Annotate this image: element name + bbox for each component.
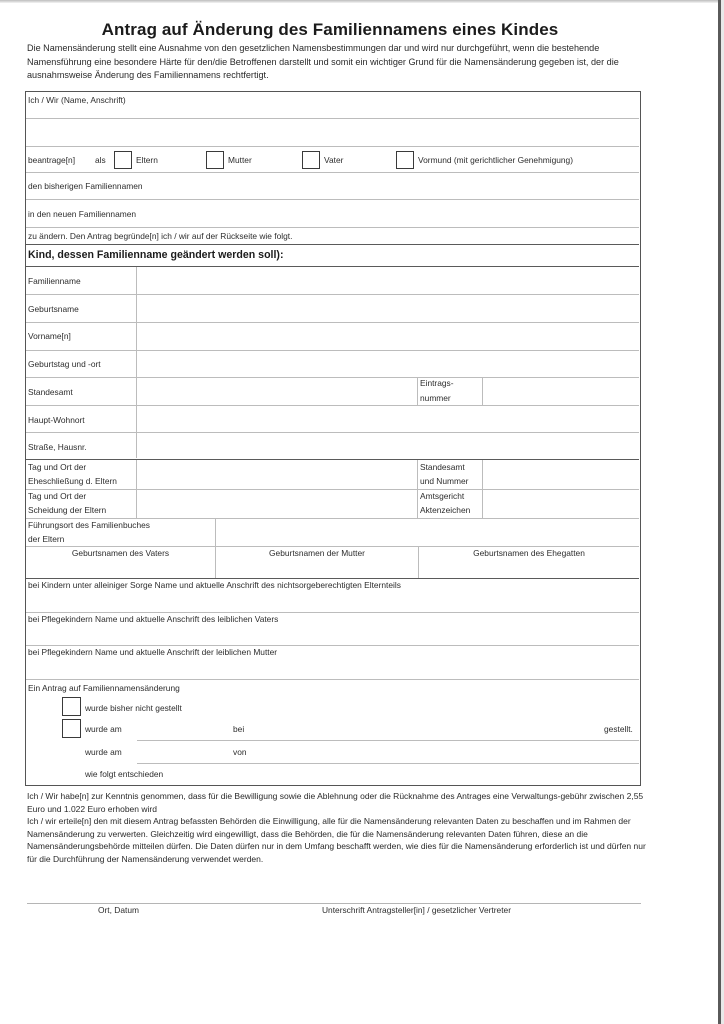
court-label-1: Amtsgericht [420,489,464,503]
row-divider [26,294,639,295]
role-checkbox-vormund[interactable] [396,151,414,169]
signature-input[interactable] [290,884,639,902]
biological-mother-input[interactable] [28,660,640,678]
child-first-names-label: Vorname[n] [28,329,71,343]
family-book-input[interactable] [218,521,639,545]
row-divider [26,489,639,490]
decided-by-input[interactable] [255,744,639,761]
scan-edge-top [0,0,724,3]
reason-note: zu ändern. Den Antrag begründe[n] ich / … [28,229,292,243]
current-name-input[interactable] [190,176,639,198]
child-birth-date-place-input[interactable] [139,354,639,376]
non-custodial-parent-label: bei Kindern unter alleiniger Sorge Name … [28,578,401,592]
marriage-label-1: Tag und Ort der [28,460,86,474]
row-divider [26,350,639,351]
family-book-label-2: der Eltern [28,532,64,546]
main-residence-label: Haupt-Wohnort [28,413,85,427]
street-label: Straße, Hausnr. [28,440,87,454]
role-label-vormund: Vormund (mit gerichtlicher Genehmigung) [418,153,573,167]
filed-date-input[interactable] [138,721,232,738]
street-input[interactable] [139,436,639,458]
child-family-name-label: Familienname [28,274,81,288]
row-divider [26,432,639,433]
biological-mother-label: bei Pflegekindern Name und aktuelle Ansc… [28,645,277,659]
new-name-label: in den neuen Familiennamen [28,207,136,221]
row-divider [26,377,639,378]
entry-number-input[interactable] [485,381,639,403]
not-filed-label: wurde bisher nicht gestellt [85,701,182,715]
decided-suffix: wie folgt entschieden [85,767,163,781]
row-divider [26,405,639,406]
current-name-label: den bisherigen Familiennamen [28,179,143,193]
role-label-mutter: Mutter [228,153,252,167]
role-checkbox-eltern[interactable] [114,151,132,169]
row-divider [26,118,639,119]
family-book-label-1: Führungsort des Familienbuches [28,518,150,532]
child-birth-name-label: Geburtsname [28,302,79,316]
entry-number-divider-right [482,378,483,405]
section-divider [26,244,639,245]
marriage-label-2: Eheschließung d. Eltern [28,474,117,488]
child-birth-date-place-label: Geburtstag und -ort [28,357,101,371]
row-divider [26,199,639,200]
role-label-eltern: Eltern [136,153,158,167]
child-first-names-input[interactable] [139,326,639,348]
row-divider [26,172,639,173]
apply-label: beantrage[n] [28,153,75,167]
role-checkbox-vater[interactable] [302,151,320,169]
filed-suffix: gestellt. [604,722,633,736]
spouse-birth-name-label: Geburtsnamen des Ehegatten [419,546,639,560]
as-label: als [95,153,106,167]
decided-underline [137,763,639,764]
entry-number-label-1: Eintrags- [420,376,454,390]
spouse-birth-name-input[interactable] [422,561,639,577]
marriage-office-label-2: und Nummer [420,474,468,488]
name-address-input-2[interactable] [28,121,640,145]
fee-notice: Ich / Wir habe[n] zur Kenntnis genommen,… [27,790,647,815]
court-label-2: Aktenzeichen [420,503,470,517]
non-custodial-parent-input[interactable] [28,593,640,611]
role-label-vater: Vater [324,153,343,167]
decided-label: wurde am [85,745,122,759]
row-divider [26,679,639,680]
child-birth-name-input[interactable] [139,298,639,320]
name-address-input[interactable] [28,104,640,119]
court-input[interactable] [485,492,639,516]
previous-application-heading: Ein Antrag auf Familiennamensänderung [28,681,180,695]
row-divider [26,322,639,323]
row-divider [26,227,639,228]
registry-office-input[interactable] [139,381,417,403]
filed-checkbox[interactable] [62,719,81,738]
role-checkbox-mutter[interactable] [206,151,224,169]
divorce-label-1: Tag und Ort der [28,489,86,503]
biological-father-input[interactable] [28,627,640,645]
decided-date-input[interactable] [138,744,232,761]
biological-father-label: bei Pflegekindern Name und aktuelle Ansc… [28,612,278,626]
row-divider [26,146,639,147]
not-filed-checkbox[interactable] [62,697,81,716]
label-column-divider [136,267,137,458]
section-divider [26,266,639,267]
registry-office-label: Standesamt [28,385,73,399]
divorce-input[interactable] [139,492,417,516]
marriage-office-label-1: Standesamt [420,460,465,474]
filed-at-input[interactable] [252,721,602,738]
filed-label: wurde am [85,722,122,736]
signature-label: Unterschrift Antragsteller[in] / gesetzl… [322,903,511,917]
mother-birth-name-input[interactable] [219,561,419,577]
section-divider [26,459,639,460]
decided-by-label: von [233,745,247,759]
consent-text: Ich / wir erteile[n] den mit diesem Antr… [27,815,647,865]
place-date-input[interactable] [28,884,282,902]
mother-birth-name-label: Geburtsnamen der Mutter [216,546,418,560]
intro-text: Die Namensänderung stellt eine Ausnahme … [27,42,647,83]
filed-underline [137,740,639,741]
marriage-office-input[interactable] [485,463,639,487]
filed-at-label: bei [233,722,244,736]
main-residence-input[interactable] [139,409,639,431]
new-name-input[interactable] [190,203,639,225]
father-birth-name-label: Geburtsnamen des Vaters [26,546,215,560]
entry-number-label-2: nummer [420,391,451,405]
child-family-name-input[interactable] [139,270,639,292]
place-date-label: Ort, Datum [98,903,139,917]
father-birth-name-input[interactable] [29,561,216,577]
child-section-header: Kind, dessen Familienname geändert werde… [28,249,284,261]
divorce-label-2: Scheidung der Eltern [28,503,106,517]
page-title: Antrag auf Änderung des Familiennamens e… [0,20,660,40]
entry-number-divider-left [417,378,418,405]
marriage-input[interactable] [139,463,417,487]
